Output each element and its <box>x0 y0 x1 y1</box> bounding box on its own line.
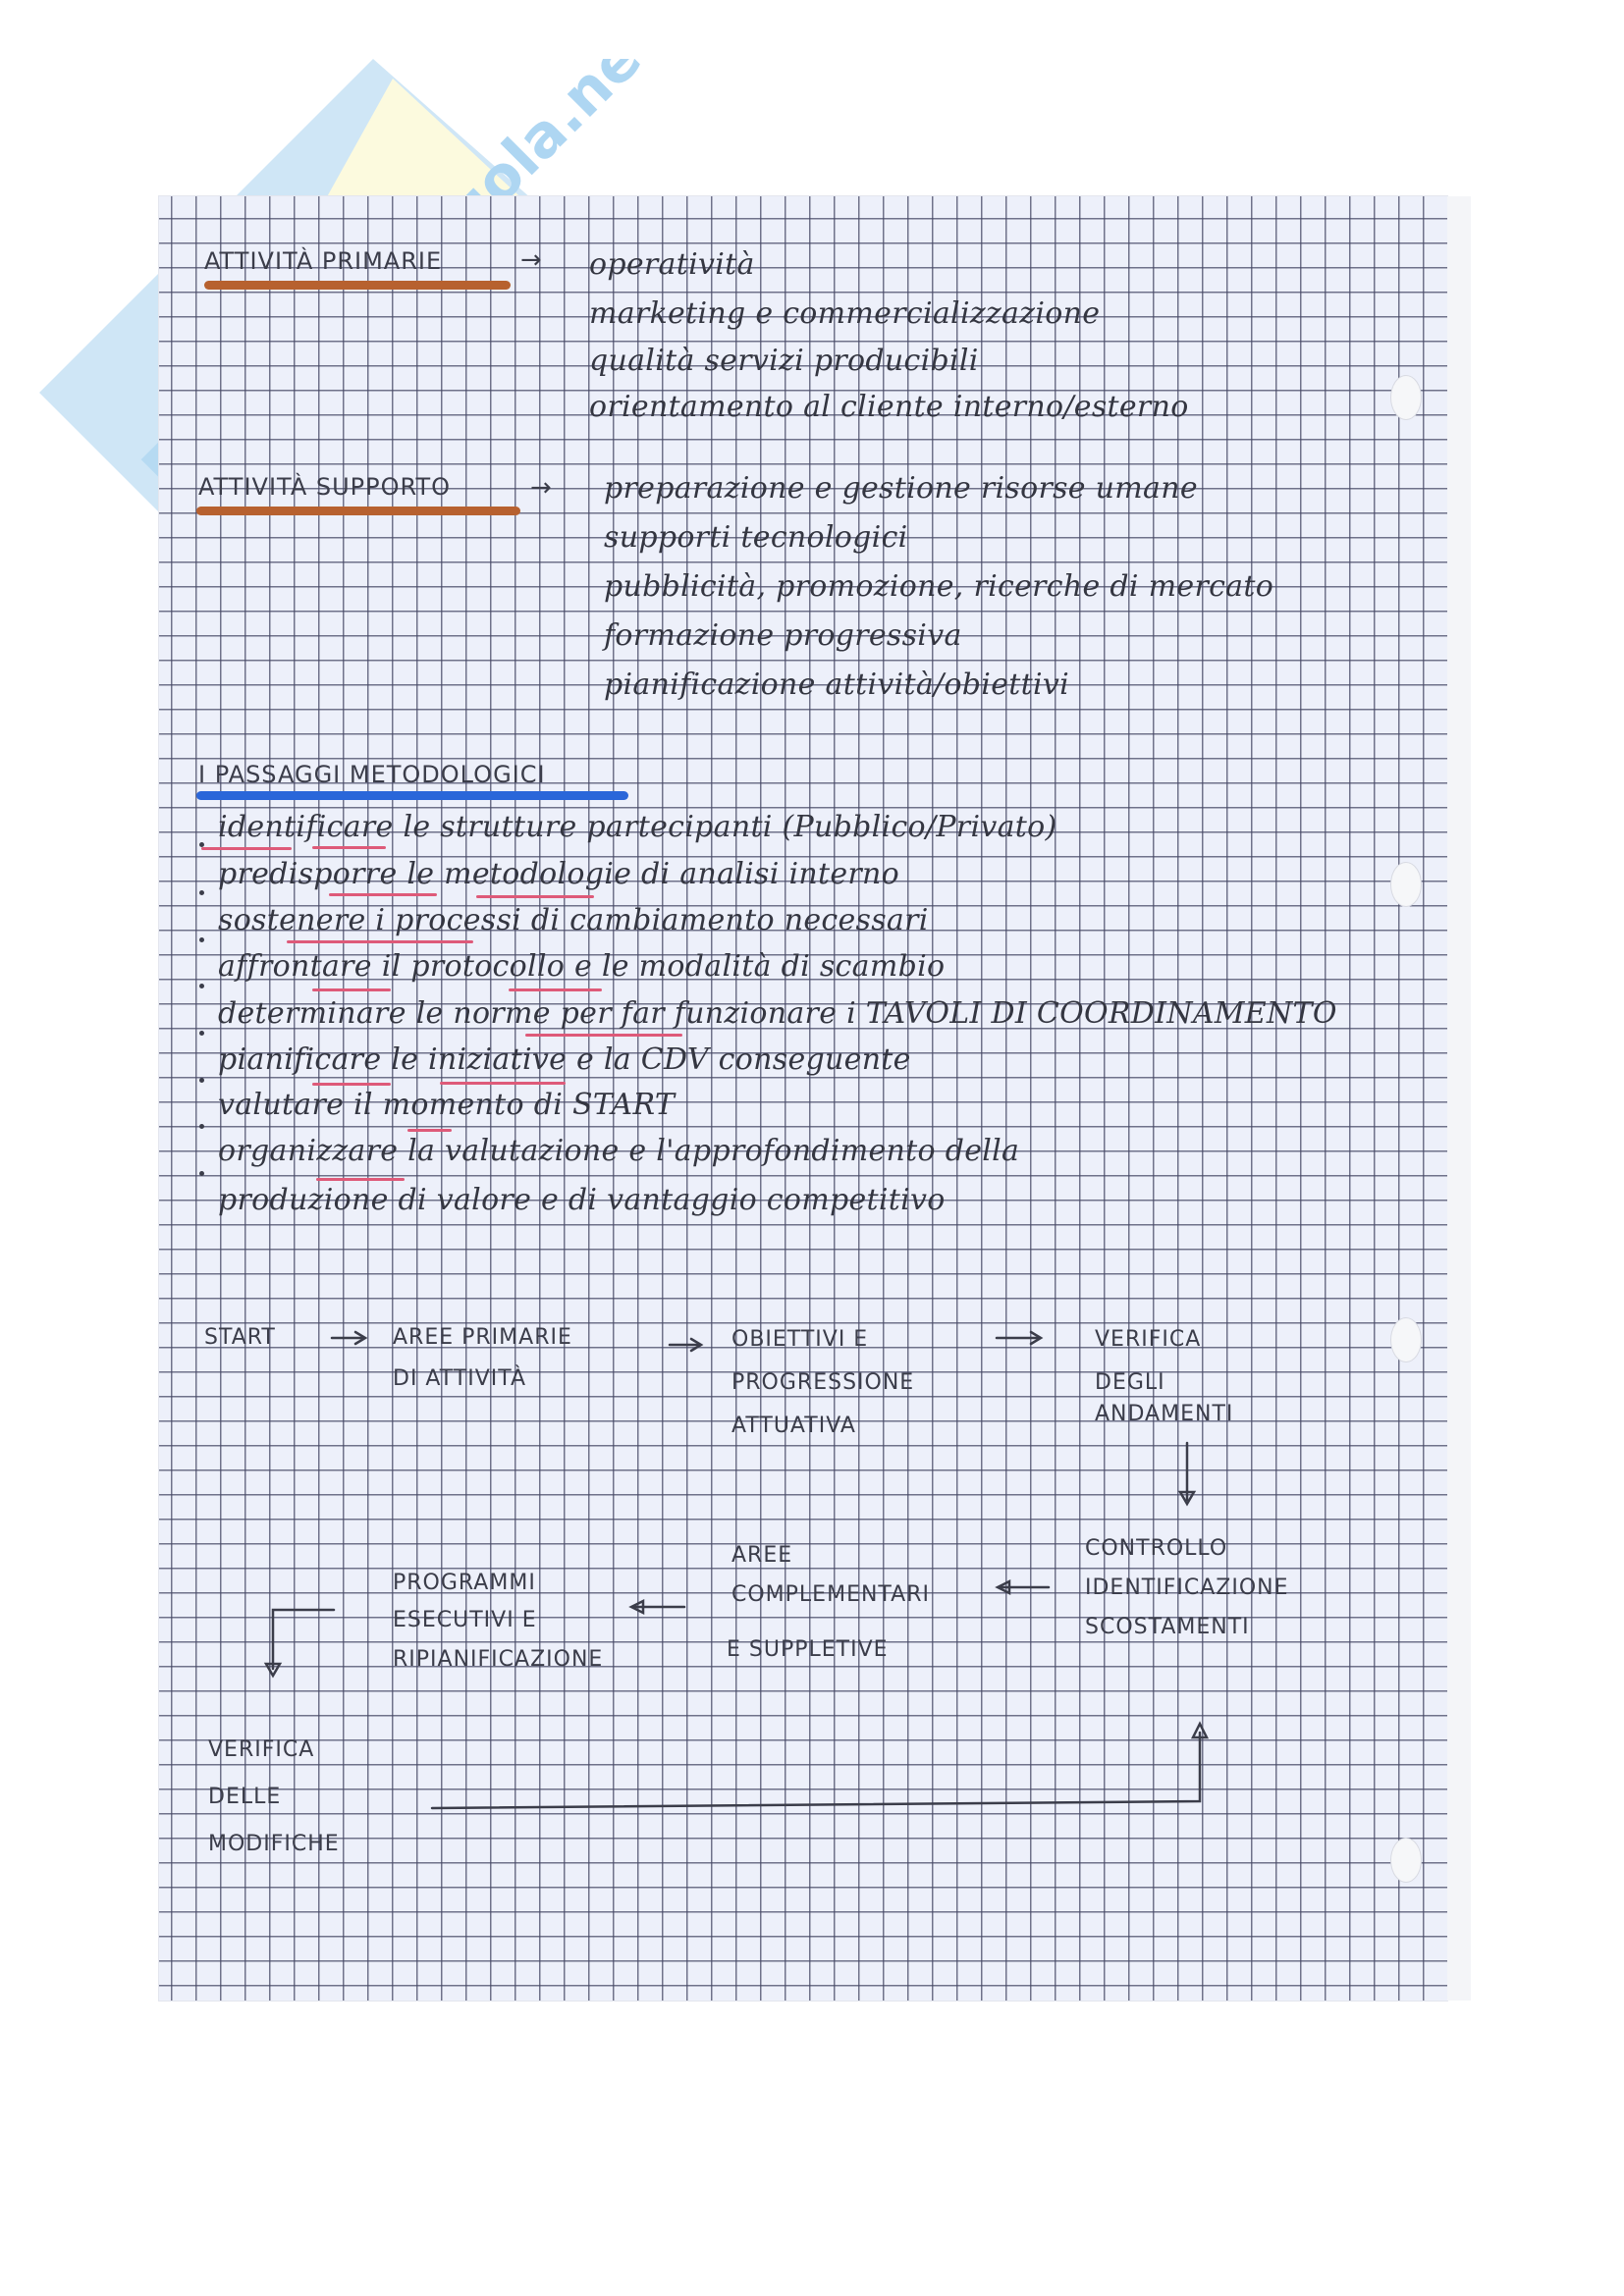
support-item: pianificazione attività/obiettivi <box>604 667 1069 702</box>
support-item: supporti tecnologici <box>604 520 908 555</box>
step-item: organizzare la valutazione e l'approfond… <box>218 1134 1019 1168</box>
keyword-underline <box>509 988 602 991</box>
step-item: pianificare le iniziative e la CDV conse… <box>218 1042 911 1077</box>
keyword-underline <box>476 895 594 898</box>
flow-programmi: PROGRAMMI <box>393 1571 536 1595</box>
flow-controllo: CONTROLLO <box>1085 1536 1227 1561</box>
keyword-underline <box>440 1082 566 1085</box>
bullet-icon <box>199 1124 204 1129</box>
punch-hole <box>1390 375 1422 420</box>
flow-verifica-andamenti: VERIFICA <box>1095 1327 1201 1352</box>
step-item: valutare il momento di START <box>218 1088 675 1122</box>
flow-verifica-modifiche: DELLE <box>208 1785 281 1809</box>
flow-aree-primarie: DI ATTIVITÀ <box>393 1366 526 1391</box>
heading-highlight <box>196 507 520 515</box>
arrow-icon: → <box>520 245 542 275</box>
support-item: preparazione e gestione risorse umane <box>604 471 1198 506</box>
step-item: determinare le norme per far funzionare … <box>218 996 1337 1031</box>
flow-aree-complementari: E SUPPLETIVE <box>727 1637 889 1662</box>
keyword-underline <box>316 1178 405 1181</box>
flow-controllo: SCOSTAMENTI <box>1085 1615 1250 1639</box>
flow-controllo: IDENTIFICAZIONE <box>1085 1575 1289 1600</box>
keyword-underline <box>201 847 292 850</box>
flow-obiettivi: PROGRESSIONE <box>731 1370 914 1395</box>
flow-start: START <box>204 1325 276 1350</box>
support-item: formazione progressiva <box>604 618 962 653</box>
bullet-icon <box>199 1171 204 1176</box>
step-item: affrontare il protocollo e le modalità d… <box>218 949 945 984</box>
flow-verifica-modifiche: MODIFICHE <box>208 1832 340 1856</box>
primary-item: qualità servizi producibili <box>589 344 979 378</box>
paper-edge <box>1447 196 1471 2001</box>
keyword-underline <box>329 893 437 896</box>
heading-highlight <box>196 791 628 800</box>
flow-verifica-andamenti: DEGLI <box>1095 1370 1165 1395</box>
bullet-icon <box>199 1078 204 1083</box>
keyword-underline <box>312 988 391 991</box>
support-item: pubblicità, promozione, ricerche di merc… <box>604 569 1273 604</box>
flow-aree-complementari: AREE <box>731 1543 792 1568</box>
bullet-icon <box>199 937 204 942</box>
bullet-icon <box>199 1031 204 1036</box>
punch-hole <box>1390 1838 1422 1883</box>
primary-item: orientamento al cliente interno/esterno <box>589 390 1189 424</box>
heading-highlight <box>204 281 511 290</box>
flow-programmi: ESECUTIVI E <box>393 1608 537 1632</box>
flow-obiettivi: OBIETTIVI E <box>731 1327 868 1352</box>
keyword-underline <box>312 846 386 849</box>
heading-support-activities: ATTIVITÀ SUPPORTO <box>198 473 451 501</box>
step-item: predisporre le metodologie di analisi in… <box>218 857 899 891</box>
keyword-underline <box>525 1034 682 1037</box>
flow-aree-complementari: COMPLEMENTARI <box>731 1582 930 1607</box>
step-item: sostenere i processi di cambiamento nece… <box>218 903 929 937</box>
arrow-icon: → <box>530 473 552 503</box>
heading-primary-activities: ATTIVITÀ PRIMARIE <box>204 247 442 275</box>
heading-methodological-steps: I PASSAGGI METODOLOGICI <box>198 761 546 788</box>
flow-verifica-andamenti: ANDAMENTI <box>1095 1402 1233 1426</box>
step-item: identificare le strutture partecipanti (… <box>218 810 1057 844</box>
punch-hole <box>1390 862 1422 907</box>
punch-hole <box>1390 1317 1422 1362</box>
primary-item: marketing e commercializzazione <box>589 296 1100 331</box>
keyword-underline <box>312 1083 391 1086</box>
bullet-icon <box>199 984 204 988</box>
flow-programmi: RIPIANIFICAZIONE <box>393 1647 603 1672</box>
keyword-underline <box>407 1129 452 1132</box>
step-item-continuation: produzione di valore e di vantaggio comp… <box>218 1183 946 1217</box>
flow-obiettivi: ATTUATIVA <box>731 1414 856 1438</box>
flow-verifica-modifiche: VERIFICA <box>208 1737 314 1762</box>
primary-item: operatività <box>589 247 755 282</box>
flow-aree-primarie: AREE PRIMARIE <box>393 1325 572 1350</box>
keyword-underline <box>287 940 473 943</box>
bullet-icon <box>199 890 204 895</box>
